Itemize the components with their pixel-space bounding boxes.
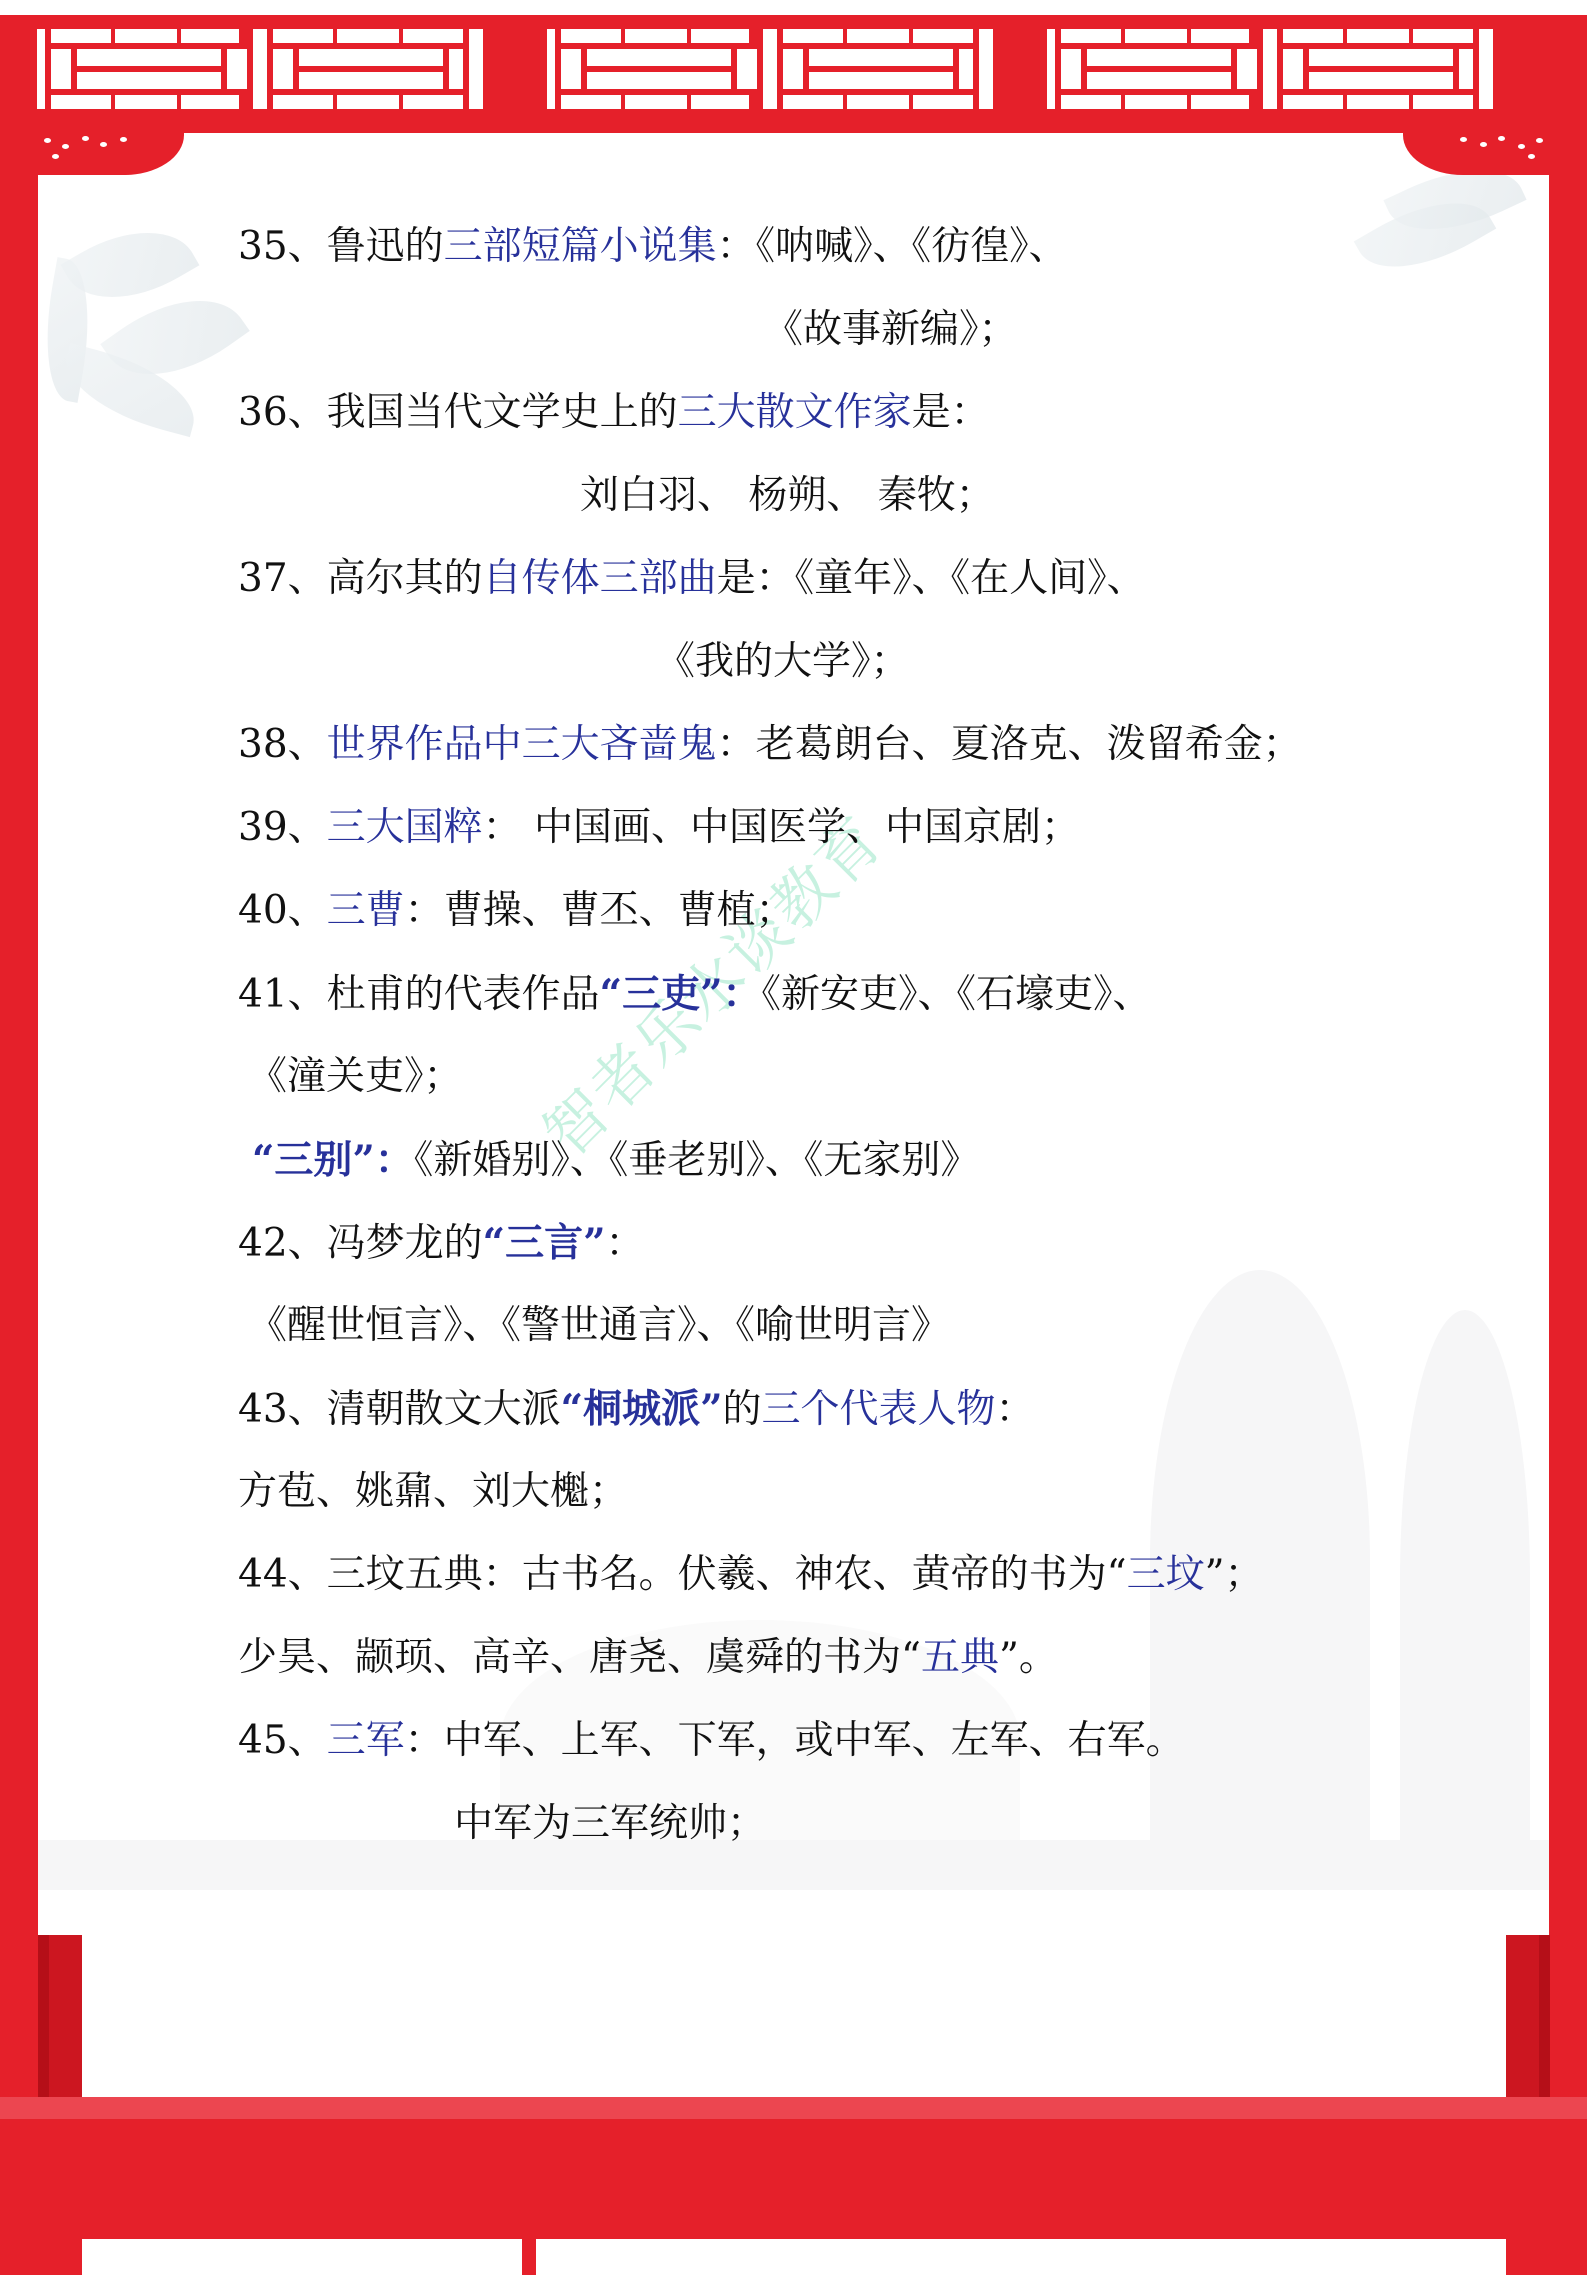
item-continuation-line: 《潼关吏》； xyxy=(248,1053,463,1101)
item-line: 44、三坟五典：古书名。伏羲、神农、黄帝的书为“三坟”； xyxy=(238,1551,1264,1599)
item-number: 43、 xyxy=(238,1387,327,1432)
bottom-railing xyxy=(0,2119,1587,2239)
item-text: 《潼关吏》； xyxy=(248,1054,463,1099)
item-number: 44、 xyxy=(238,1552,327,1597)
item-text: ： 中国画、中国医学、中国京剧； xyxy=(483,805,1080,850)
item-text: ”。 xyxy=(999,1635,1058,1680)
item-text: ：中军、上军、下军，或中军、左军、右军。 xyxy=(405,1718,1185,1763)
corner-carving-top-right xyxy=(1403,130,1553,175)
item-text: 鲁迅的 xyxy=(327,224,444,269)
item-line: 43、清朝散文大派“桐城派”的三个代表人物： xyxy=(238,1385,1035,1434)
lattice-divider xyxy=(1027,29,1047,109)
item-text: 的 xyxy=(723,1387,762,1432)
item-line: 45、三军：中军、上军、下军，或中军、左军、右军。 xyxy=(238,1717,1185,1765)
lattice-panel xyxy=(1047,29,1527,109)
item-continuation-line: “三别”：《新婚别》、《垂老别》、《无家别》 xyxy=(252,1136,979,1185)
lattice-divider xyxy=(527,29,547,109)
highlighted-term: 三大国粹 xyxy=(327,805,483,850)
item-text: 《新安吏》、《石壕吏》、 xyxy=(762,972,1152,1017)
item-number: 45、 xyxy=(238,1718,327,1763)
item-number: 35、 xyxy=(238,224,327,269)
item-continuation-line: 刘白羽、 杨朔、 秦牧； xyxy=(580,472,995,520)
item-text: 刘白羽、 杨朔、 秦牧； xyxy=(580,473,995,518)
lattice-panel xyxy=(37,29,527,109)
highlighted-term: 世界作品中三大吝啬鬼 xyxy=(327,722,717,767)
item-text: 冯梦龙的 xyxy=(327,1221,483,1266)
item-number: 38、 xyxy=(238,722,327,767)
item-number: 37、 xyxy=(238,556,327,601)
item-continuation-line: 《故事新编》； xyxy=(764,306,1018,354)
item-number: 42、 xyxy=(238,1221,327,1266)
highlighted-term: “桐城派” xyxy=(561,1386,723,1432)
item-text: ”； xyxy=(1205,1552,1264,1597)
item-text: 《新婚别》、《垂老别》、《无家别》 xyxy=(414,1138,980,1183)
corner-carving-top-left xyxy=(34,130,184,175)
item-text: 《我的大学》； xyxy=(656,639,910,684)
highlighted-term: “三言” xyxy=(483,1220,606,1266)
highlighted-term: 三大散文作家 xyxy=(678,390,912,435)
item-line: 38、世界作品中三大吝啬鬼：老葛朗台、夏洛克、泼留希金； xyxy=(238,721,1302,769)
item-continuation-line: 《醒世恒言》、《警世通言》、《喻世明言》 xyxy=(248,1302,950,1350)
item-text: 杜甫的代表作品 xyxy=(327,972,600,1017)
item-number: 36、 xyxy=(238,390,327,435)
highlighted-term: 五典 xyxy=(921,1635,999,1680)
railing-foot-left xyxy=(0,2238,82,2275)
item-line: 35、鲁迅的三部短篇小说集：《呐喊》、《彷徨》、 xyxy=(238,223,1068,271)
item-text: ： xyxy=(606,1221,645,1266)
item-continuation-line: 少昊、颛顼、高辛、唐尧、虞舜的书为“五典”。 xyxy=(238,1634,1058,1682)
item-line: 37、高尔其的自传体三部曲是：《童年》、《在人间》、 xyxy=(238,555,1146,603)
highlighted-term: “三吏”： xyxy=(600,971,762,1017)
highlighted-term: 三曹 xyxy=(327,888,405,933)
item-text: 是：《童年》、《在人间》、 xyxy=(717,556,1146,601)
railing-foot-mid xyxy=(522,2238,536,2275)
highlighted-term: 三个代表人物 xyxy=(762,1387,996,1432)
item-text: 少昊、颛顼、高辛、唐尧、虞舜的书为“ xyxy=(238,1635,921,1680)
item-line: 41、杜甫的代表作品“三吏”：《新安吏》、《石壕吏》、 xyxy=(238,970,1152,1019)
highlighted-term: 三军 xyxy=(327,1718,405,1763)
item-text: 方苞、姚鼐、刘大櫆； xyxy=(238,1469,628,1514)
item-text: 我国当代文学史上的 xyxy=(327,390,678,435)
item-line: 42、冯梦龙的“三言”： xyxy=(238,1219,645,1268)
item-text: 《故事新编》； xyxy=(764,307,1018,352)
item-text: ：曹操、曹丕、曹植； xyxy=(405,888,795,933)
railing-foot-right xyxy=(1506,2238,1587,2275)
item-text: 是： xyxy=(912,390,990,435)
left-pillar xyxy=(0,15,38,2255)
top-lattice xyxy=(37,29,1527,109)
item-text: 《醒世恒言》、《警世通言》、《喻世明言》 xyxy=(248,1303,950,1348)
item-text: ：老葛朗台、夏洛克、泼留希金； xyxy=(717,722,1302,767)
right-pillar xyxy=(1549,15,1587,2255)
item-continuation-line: 中军为三军统帅； xyxy=(454,1800,766,1848)
item-line: 39、三大国粹： 中国画、中国医学、中国京剧； xyxy=(238,804,1080,852)
item-text: ： xyxy=(996,1387,1035,1432)
item-line: 36、我国当代文学史上的三大散文作家是： xyxy=(238,389,990,437)
highlighted-term: 三部短篇小说集 xyxy=(444,224,717,269)
highlighted-term: “三别”： xyxy=(252,1137,414,1183)
item-continuation-line: 方苞、姚鼐、刘大櫆； xyxy=(238,1468,628,1516)
item-number: 39、 xyxy=(238,805,327,850)
item-text: 三坟五典：古书名。伏羲、神农、黄帝的书为“ xyxy=(327,1552,1127,1597)
item-number: 40、 xyxy=(238,888,327,933)
item-text: ：《呐喊》、《彷徨》、 xyxy=(717,224,1068,269)
item-number: 41、 xyxy=(238,972,327,1017)
highlighted-term: 三坟 xyxy=(1127,1552,1205,1597)
item-continuation-line: 《我的大学》； xyxy=(656,638,910,686)
item-text: 高尔其的 xyxy=(327,556,483,601)
highlighted-term: 自传体三部曲 xyxy=(483,556,717,601)
lattice-panel xyxy=(547,29,1027,109)
railing-top-ledge xyxy=(0,2097,1587,2119)
mist-band xyxy=(38,1840,1549,1890)
item-text: 清朝散文大派 xyxy=(327,1387,561,1432)
mountain-shape xyxy=(1400,1310,1530,1850)
item-text: 中军为三军统帅； xyxy=(454,1801,766,1846)
item-line: 40、三曹：曹操、曹丕、曹植； xyxy=(238,887,795,935)
